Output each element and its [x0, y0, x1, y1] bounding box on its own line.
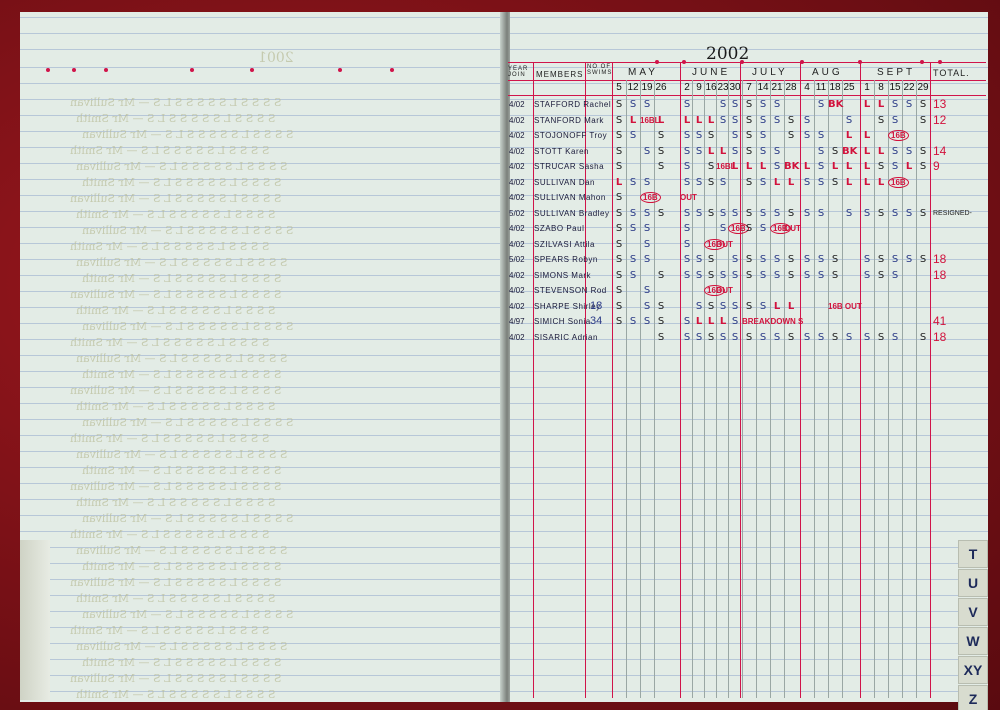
ghost-text: S S S S L S S S S S L S — Mr Sullivan	[70, 576, 281, 589]
attendance-mark: S	[626, 252, 640, 267]
date-label: 1	[860, 82, 874, 93]
attendance-mark: L	[612, 175, 626, 190]
ghost-text: S S S S L S S S S S L S — Mr Sullivan	[70, 480, 281, 493]
attendance-mark: S	[728, 268, 742, 283]
attendance-mark: S	[742, 128, 756, 143]
date-label: 25	[842, 82, 856, 93]
binding-dot	[655, 60, 659, 64]
attendance-mark: S	[784, 113, 798, 128]
swims-header: NO OF SWIMS	[587, 64, 611, 76]
total-header: TOTAL.	[933, 68, 970, 78]
attendance-mark: S	[814, 175, 828, 190]
date-label: 28	[784, 82, 798, 93]
attendance-mark: S	[756, 128, 770, 143]
attendance-mark: S	[756, 113, 770, 128]
attendance-mark: S	[756, 206, 770, 221]
attendance-mark: S	[902, 206, 916, 221]
attendance-mark: S	[916, 330, 930, 345]
date-label: 15	[888, 82, 902, 93]
attendance-mark: S	[888, 159, 902, 174]
column-rule	[800, 62, 801, 698]
binding-dot	[390, 68, 394, 72]
ghost-text: S S S S L S S S S S L S — Mr Smith	[76, 496, 275, 509]
year-joined: 4/97	[509, 314, 525, 329]
year-joined: 4/02	[509, 283, 525, 298]
attendance-mark: S	[680, 159, 694, 174]
binding-dot	[920, 60, 924, 64]
attendance-mark: S	[814, 252, 828, 267]
ghost-text: S S S S L S S S S S L S — Mr Smith	[76, 304, 275, 317]
attendance-mark: S	[770, 268, 784, 283]
attendance-mark: S	[612, 190, 626, 205]
attendance-mark: S	[612, 221, 626, 236]
ghost-text: S S S S L S S S S S L S — Mr Sullivan	[76, 640, 287, 653]
attendance-mark: S	[640, 97, 654, 112]
member-name: SZABO Paul	[534, 221, 584, 236]
date-label: 4	[800, 82, 814, 93]
attendance-note: OUT	[716, 237, 733, 252]
attendance-mark: S	[874, 159, 888, 174]
attendance-mark: S	[916, 159, 930, 174]
attendance-mark: S	[860, 268, 874, 283]
attendance-mark: S	[728, 314, 742, 329]
month-label: MAY	[628, 67, 658, 78]
ghost-text: S S S S L S S S S S L S — Mr Sullivan	[76, 544, 287, 557]
ghost-text: S S S S L S S S S S L S — Mr Sullivan	[76, 256, 287, 269]
attendance-mark: S	[612, 144, 626, 159]
attendance-mark: S	[640, 144, 654, 159]
attendance-mark: S	[612, 237, 626, 252]
member-name: SISARIC Adrian	[534, 330, 598, 345]
member-name: STRUCAR Sasha	[534, 159, 604, 174]
date-label: 26	[654, 82, 668, 93]
attendance-mark: S	[770, 330, 784, 345]
attendance-mark: S	[874, 113, 888, 128]
attendance-mark: S	[680, 237, 694, 252]
ghost-text: S S S S L S S S S S L S — Mr Sullivan	[82, 320, 293, 333]
member-name: STAFFORD Rachel	[534, 97, 611, 112]
attendance-mark: S	[874, 330, 888, 345]
attendance-mark: S	[654, 159, 668, 174]
ghost-text: S S S S L S S S S S L S — Mr Smith	[82, 656, 281, 669]
attendance-mark: S	[626, 221, 640, 236]
attendance-mark: BK	[842, 144, 856, 159]
member-name: STOJONOFF Troy	[534, 128, 607, 143]
attendance-note: OUT	[680, 190, 697, 205]
ghost-text: S S S S L S S S S S L S — Mr Sullivan	[70, 384, 281, 397]
attendance-mark: S	[888, 268, 902, 283]
index-tab-v[interactable]: V	[958, 598, 988, 626]
ghost-text: S S S S L S S S S S L S — Mr Sullivan	[70, 672, 281, 685]
ghost-text: S S S S L S S S S S L S — Mr Smith	[82, 464, 281, 477]
date-label: 30	[728, 82, 742, 93]
attendance-mark: S	[756, 221, 770, 236]
year-joined: 5/02	[509, 206, 525, 221]
attendance-mark: S	[784, 330, 798, 345]
attendance-mark: S	[728, 330, 742, 345]
attendance-mark: L	[860, 97, 874, 112]
year-joined: 4/02	[509, 237, 525, 252]
binding-dot	[46, 68, 50, 72]
date-label: 19	[640, 82, 654, 93]
attendance-note: 16B	[888, 175, 909, 190]
attendance-mark: S	[716, 175, 730, 190]
date-rule	[640, 80, 641, 698]
attendance-mark: S	[814, 206, 828, 221]
date-label: 14	[756, 82, 770, 93]
attendance-note: OUT	[784, 221, 801, 236]
attendance-mark: S	[728, 299, 742, 314]
attendance-mark: S	[626, 206, 640, 221]
year-joined: 4/02	[509, 144, 525, 159]
ghost-text: S S S S L S S S S S L S — Mr Smith	[70, 336, 269, 349]
member-total: 18	[933, 330, 946, 345]
prior-swims: 34	[590, 314, 602, 329]
attendance-mark: S	[784, 268, 798, 283]
attendance-mark: S	[828, 144, 842, 159]
member-total: 14	[933, 144, 946, 159]
attendance-mark: S	[814, 128, 828, 143]
attendance-mark: S	[888, 144, 902, 159]
attendance-mark: S	[814, 144, 828, 159]
attendance-mark: S	[800, 252, 814, 267]
attendance-mark: S	[888, 97, 902, 112]
binding-dot	[682, 60, 686, 64]
binding-dot	[72, 68, 76, 72]
month-label: SEPT	[877, 67, 915, 78]
attendance-mark: S	[888, 330, 902, 345]
year-joined: 4/02	[509, 330, 525, 345]
ghost-text: S S S S L S S S S S L S — Mr Sullivan	[76, 160, 287, 173]
member-total: 9	[933, 159, 940, 174]
attendance-mark: L	[874, 144, 888, 159]
attendance-mark: S	[640, 206, 654, 221]
attendance-mark: S	[756, 252, 770, 267]
attendance-mark: L	[842, 175, 856, 190]
attendance-mark: S	[680, 97, 694, 112]
binding-dot	[250, 68, 254, 72]
attendance-mark: S	[842, 330, 856, 345]
attendance-mark: S	[756, 299, 770, 314]
attendance-mark: S	[640, 299, 654, 314]
alphabet-index-tabs: TUVWXYZ	[958, 540, 988, 710]
attendance-mark: S	[612, 268, 626, 283]
attendance-mark: S	[842, 206, 856, 221]
header-rule	[508, 80, 986, 81]
date-label: 5	[612, 82, 626, 93]
attendance-mark: S	[916, 206, 930, 221]
attendance-mark: L	[860, 128, 874, 143]
attendance-mark: S	[640, 283, 654, 298]
member-total: 41	[933, 314, 946, 329]
member-name: SULLIVAN Dan	[534, 175, 595, 190]
binding-dot	[104, 68, 108, 72]
attendance-mark: S	[874, 268, 888, 283]
ghost-text: S S S S L S S S S S L S — Mr Sullivan	[76, 448, 287, 461]
attendance-mark: L	[626, 113, 640, 128]
year-joined-header: YEAR JOIN	[508, 66, 532, 78]
ghost-text: S S S S L S S S S S L S — Mr Smith	[70, 240, 269, 253]
attendance-mark: L	[784, 299, 798, 314]
attendance-mark: S	[728, 128, 742, 143]
attendance-mark: S	[888, 252, 902, 267]
prior-swims: 18	[590, 299, 602, 314]
ghost-text: S S S S L S S S S S L S — Mr Smith	[82, 368, 281, 381]
ghost-text: S S S S L S S S S S L S — Mr Smith	[76, 688, 275, 701]
header-rule	[508, 95, 986, 96]
ghost-text: S S S S L S S S S S L S — Mr Smith	[82, 560, 281, 573]
attendance-mark: S	[704, 128, 718, 143]
binding-dot	[938, 60, 942, 64]
attendance-mark: S	[728, 252, 742, 267]
attendance-note: 16B	[888, 128, 909, 143]
attendance-mark: S	[874, 206, 888, 221]
member-name: STEVENSON Rod	[534, 283, 607, 298]
attendance-mark: S	[828, 175, 842, 190]
attendance-mark: L	[728, 159, 742, 174]
attendance-mark: S	[654, 314, 668, 329]
ghost-year: 2001	[258, 50, 294, 66]
member-name: SULLIVAN Mahon	[534, 190, 606, 205]
attendance-mark: L	[874, 175, 888, 190]
attendance-mark: S	[770, 252, 784, 267]
attendance-mark: S	[860, 206, 874, 221]
ghost-text: S S S S L S S S S S L S — Mr Smith	[82, 176, 281, 189]
attendance-mark: S	[902, 252, 916, 267]
ghost-text: S S S S L S S S S S L S — Mr Smith	[76, 208, 275, 221]
register-year: 2002	[706, 44, 749, 64]
attendance-note: OUT	[716, 283, 733, 298]
attendance-mark: S	[742, 330, 756, 345]
attendance-mark: L	[828, 159, 842, 174]
member-name: SIMICH Sonia	[534, 314, 591, 329]
attendance-mark: S	[770, 97, 784, 112]
attendance-mark: L	[770, 175, 784, 190]
attendance-mark: S	[784, 252, 798, 267]
attendance-mark: S	[742, 299, 756, 314]
date-label: 7	[742, 82, 756, 93]
attendance-mark: S	[742, 221, 756, 236]
attendance-mark: S	[612, 113, 626, 128]
ghost-text: S S S S L S S S S S L S — Mr Smith	[70, 528, 269, 541]
members-header: MEMBERS	[536, 70, 583, 79]
attendance-mark: L	[654, 113, 668, 128]
attendance-mark: S	[814, 97, 828, 112]
member-total: 12	[933, 113, 946, 128]
ghost-text: S S S S L S S S S S L S — Mr Sullivan	[70, 288, 281, 301]
ghost-text: S S S S L S S S S S L S — Mr Sullivan	[82, 608, 293, 621]
member-name: SPEARS Robyn	[534, 252, 598, 267]
member-total: RESIGNED-	[933, 206, 972, 221]
ghost-text: S S S S L S S S S S L S — Mr Smith	[70, 624, 269, 637]
attendance-mark: S	[640, 175, 654, 190]
page-edges	[20, 540, 50, 700]
year-joined: 4/02	[509, 190, 525, 205]
date-label: 21	[770, 82, 784, 93]
index-tab-z[interactable]: Z	[958, 685, 988, 710]
member-name: SZILVASI Attila	[534, 237, 595, 252]
attendance-mark: S	[916, 144, 930, 159]
attendance-mark: S	[728, 144, 742, 159]
attendance-mark: L	[784, 175, 798, 190]
attendance-mark: S	[728, 206, 742, 221]
attendance-mark: S	[654, 128, 668, 143]
attendance-mark: S	[800, 268, 814, 283]
attendance-mark: S	[640, 237, 654, 252]
attendance-mark: S	[828, 252, 842, 267]
member-name: SULLIVAN Bradley	[534, 206, 609, 221]
date-label: 11	[814, 82, 828, 93]
attendance-mark: L	[902, 159, 916, 174]
attendance-mark: BK	[784, 159, 798, 174]
attendance-mark: S	[916, 97, 930, 112]
attendance-mark: S	[704, 252, 718, 267]
date-label: 22	[902, 82, 916, 93]
binding-dot	[858, 60, 862, 64]
attendance-mark: S	[784, 206, 798, 221]
ghost-text: S S S S L S S S S S L S — Mr Sullivan	[82, 416, 293, 429]
year-joined: 4/02	[509, 221, 525, 236]
attendance-mark: L	[800, 159, 814, 174]
ghost-text: S S S S L S S S S S L S — Mr Smith	[76, 592, 275, 605]
attendance-mark: BK	[828, 97, 842, 112]
ghost-text: S S S S L S S S S S L S — Mr Sullivan	[70, 192, 281, 205]
attendance-mark: S	[742, 252, 756, 267]
attendance-mark: S	[728, 113, 742, 128]
ghost-text: S S S S L S S S S S L S — Mr Smith	[70, 432, 269, 445]
index-tab-t[interactable]: T	[958, 540, 988, 568]
ghost-text: S S S S L S S S S S L S — Mr Sullivan	[82, 224, 293, 237]
attendance-mark: L	[842, 128, 856, 143]
attendance-mark: S	[680, 221, 694, 236]
attendance-mark: S	[654, 299, 668, 314]
attendance-mark: S	[874, 252, 888, 267]
attendance-mark: S	[742, 175, 756, 190]
attendance-mark: S	[814, 268, 828, 283]
year-joined: 4/02	[509, 97, 525, 112]
attendance-mark: S	[612, 252, 626, 267]
attendance-note: 16B OUT	[828, 299, 862, 314]
attendance-mark: S	[612, 299, 626, 314]
attendance-mark: S	[860, 252, 874, 267]
attendance-mark: S	[916, 252, 930, 267]
attendance-mark: S	[654, 330, 668, 345]
attendance-mark: S	[842, 113, 856, 128]
attendance-mark: S	[612, 314, 626, 329]
attendance-mark: S	[756, 268, 770, 283]
attendance-mark: S	[800, 330, 814, 345]
attendance-mark: S	[654, 268, 668, 283]
date-label: 8	[874, 82, 888, 93]
attendance-mark: S	[742, 144, 756, 159]
attendance-mark: L	[860, 144, 874, 159]
month-label: AUG	[812, 67, 843, 78]
attendance-mark: S	[770, 113, 784, 128]
member-total: 13	[933, 97, 946, 112]
year-joined: 5/02	[509, 252, 525, 267]
attendance-mark: S	[612, 128, 626, 143]
attendance-mark: S	[902, 97, 916, 112]
attendance-mark: S	[654, 144, 668, 159]
binding-dot	[800, 60, 804, 64]
attendance-mark: L	[770, 299, 784, 314]
ghost-text: S S S S L S S S S S L S — Mr Smith	[70, 144, 269, 157]
attendance-mark: S	[742, 113, 756, 128]
attendance-mark: S	[626, 97, 640, 112]
attendance-mark: S	[626, 175, 640, 190]
attendance-mark: S	[742, 97, 756, 112]
attendance-mark: S	[800, 175, 814, 190]
binding-dot	[338, 68, 342, 72]
date-label: 18	[828, 82, 842, 93]
ghost-text: S S S S L S S S S S L S — Mr Sullivan	[76, 352, 287, 365]
attendance-mark: S	[640, 252, 654, 267]
ghost-text: S S S S L S S S S S L S — Mr Sullivan	[82, 512, 293, 525]
attendance-mark: S	[784, 128, 798, 143]
attendance-mark: S	[902, 144, 916, 159]
attendance-mark: L	[742, 159, 756, 174]
member-total: 18	[933, 252, 946, 267]
column-rule	[930, 62, 931, 698]
member-name: STANFORD Mark	[534, 113, 604, 128]
attendance-note: BREAKDOWN S	[742, 314, 803, 329]
attendance-mark: S	[626, 268, 640, 283]
member-name: SIMONS Mark	[534, 268, 591, 283]
attendance-mark: S	[756, 175, 770, 190]
year-joined: 4/02	[509, 175, 525, 190]
index-tab-u[interactable]: U	[958, 569, 988, 597]
attendance-mark: S	[756, 97, 770, 112]
attendance-mark: L	[756, 159, 770, 174]
year-joined: 4/02	[509, 113, 525, 128]
index-tab-xy[interactable]: XY	[958, 656, 988, 684]
attendance-mark: S	[626, 314, 640, 329]
attendance-mark: L	[874, 97, 888, 112]
attendance-mark: S	[814, 330, 828, 345]
year-joined: 4/02	[509, 128, 525, 143]
attendance-mark: S	[640, 314, 654, 329]
attendance-mark: L	[842, 159, 856, 174]
attendance-mark: S	[770, 159, 784, 174]
year-joined: 4/02	[509, 299, 525, 314]
attendance-mark: S	[612, 206, 626, 221]
attendance-mark: S	[612, 159, 626, 174]
ghost-text: S S S S L S S S S S L S — Mr Smith	[76, 400, 275, 413]
attendance-mark: S	[770, 206, 784, 221]
binding-dot	[190, 68, 194, 72]
attendance-mark: S	[640, 221, 654, 236]
month-label: JUNE	[692, 67, 730, 78]
index-tab-w[interactable]: W	[958, 627, 988, 655]
attendance-mark: S	[626, 128, 640, 143]
attendance-mark: S	[742, 268, 756, 283]
ghost-text: S S S S L S S S S S L S — Mr Smith	[82, 272, 281, 285]
attendance-mark: S	[800, 113, 814, 128]
attendance-mark: S	[770, 144, 784, 159]
attendance-mark: S	[860, 330, 874, 345]
attendance-mark: S	[800, 128, 814, 143]
year-joined: 4/02	[509, 268, 525, 283]
attendance-mark: S	[612, 97, 626, 112]
ghost-text: S S S S L S S S S S L S — Mr Smith	[76, 112, 275, 125]
attendance-mark: S	[756, 330, 770, 345]
date-label: 29	[916, 82, 930, 93]
date-label: 12	[626, 82, 640, 93]
attendance-mark: S	[742, 206, 756, 221]
attendance-mark: S	[828, 330, 842, 345]
attendance-mark: S	[888, 113, 902, 128]
attendance-mark: S	[756, 144, 770, 159]
